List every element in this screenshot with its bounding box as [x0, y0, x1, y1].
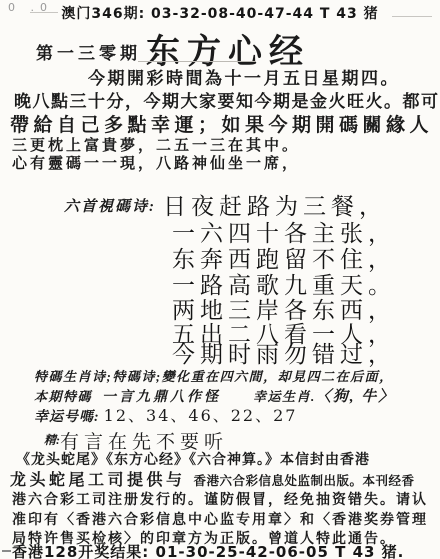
advice-label: 精: [44, 433, 60, 447]
lucky-zodiac-label: 幸运生肖. [253, 389, 316, 404]
poem-label: 六首視碼诗: [64, 195, 156, 216]
disclaimer-line: 准印有〈香港六合彩信息中心监专用章〉和〈香港奖券管理 [12, 509, 428, 529]
provider-note: 香港六合彩信息处监制出版。本刊经香 [194, 474, 415, 488]
lottery-tip-sheet: 0 .0 澳门346期: 03-32-08-40-47-44 T 43 猪 第一… [0, 0, 440, 559]
disclaimer-line: 港六合彩工司注册发行的。谨防假冒，经免抽资错失。请认 [12, 489, 428, 509]
provider-name: 龙头蛇尾工司提供与 [10, 472, 186, 489]
special-zodiac-poem-line: 特碼生肖诗;特碼诗;變化重在四六間，却見四二在后面， [34, 366, 394, 385]
macau-result-line: 澳门346期: 03-32-08-40-47-44 T 43 猪 [0, 3, 440, 23]
intro-line: 晚八點三十分，今期大家要知今期是金火旺火。都可 [14, 87, 440, 112]
lucky-numbers-label: 幸运号嗎: [34, 410, 100, 425]
poem-line: 今期时雨勿错过， [172, 336, 396, 369]
intro-line: 今期開彩時間為十一月五日星期四。 [88, 64, 400, 89]
intro-line: 帶給自己多點幸運；如果今期開碼關緣人 [10, 110, 433, 137]
title-underline [138, 61, 256, 62]
issue-number-label: 第一三零期 [36, 39, 141, 64]
special-code-prefix: 本期特碼 [34, 389, 92, 404]
lucky-numbers-line: 幸运号嗎:12、34、46、22、27 [34, 403, 297, 426]
lucky-numbers-value: 12、34、46、22、27 [104, 406, 298, 425]
lucky-zodiac-value: 〈狗, 牛〉 [316, 389, 396, 405]
provider-line: 龙头蛇尾工司提供与香港六合彩信息处监制出版。本刊经香 [10, 467, 415, 490]
intro-line: 心有靈碼一一現，八路神仙坐一席， [12, 152, 300, 173]
publications-line: 《龙头蛇尾》《东方心经》《六合神算。》本信封由香港 [16, 449, 370, 469]
hk-result-line: 香港128开奖结果: 01-30-25-42-06-05 T 43 猪. [12, 541, 404, 559]
scan-artifact-line [2, 550, 11, 552]
